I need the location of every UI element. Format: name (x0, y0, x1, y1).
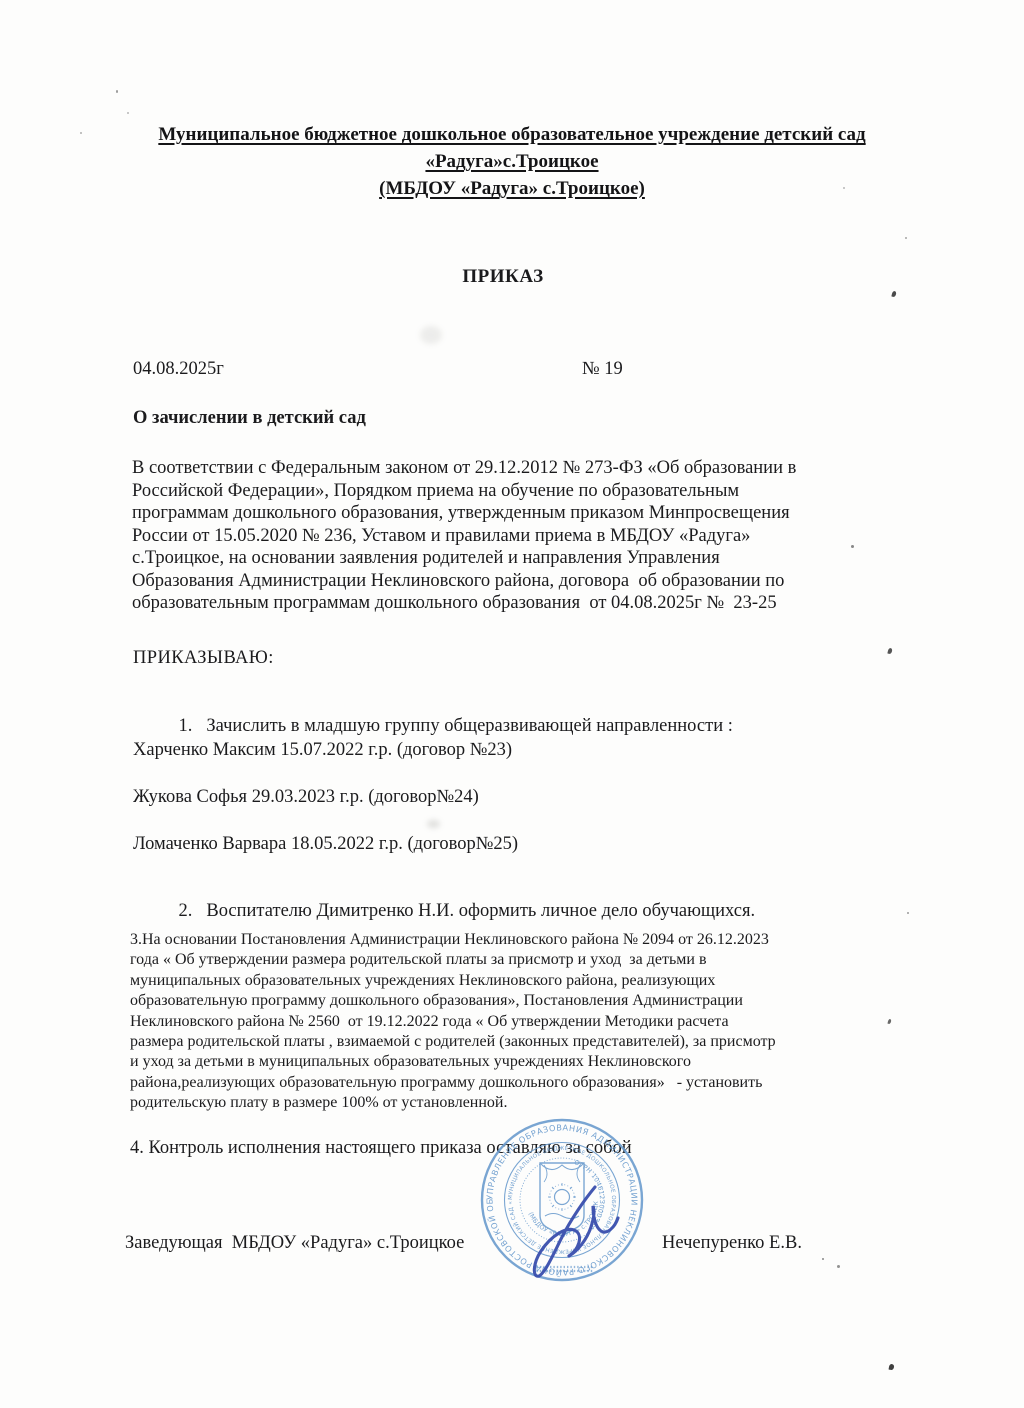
doc-number: № 19 (582, 359, 623, 380)
scan-speck (822, 1258, 824, 1260)
doc-title: ПРИКАЗ (0, 266, 1006, 288)
org-header-line1: Муниципальное бюджетное дошкольное образ… (0, 121, 1024, 148)
scan-speck (127, 112, 129, 114)
scan-speck (116, 90, 118, 93)
order-item-1-number: 1. (179, 716, 193, 737)
stamp-rings (482, 1120, 642, 1280)
scan-speck (889, 1364, 895, 1371)
order-item-1-text: Зачислить в младшую группу общеразвивающ… (206, 716, 732, 736)
preamble-line: программам дошкольного образования, утве… (132, 502, 892, 525)
scan-speck (80, 132, 82, 134)
org-header: Муниципальное бюджетное дошкольное образ… (0, 121, 1024, 202)
org-header-line2: «Радуга»с.Троицкое (0, 148, 1024, 175)
item3-line: родительскую плату в размере 100% от уст… (130, 1093, 900, 1113)
item3-line: района,реализующих образовательную прогр… (130, 1073, 900, 1093)
enrolled-child-row: Харченко Максим 15.07.2022 г.р. (договор… (133, 740, 512, 761)
item3-line: Неклиновского района № 2560 от 19.12.202… (130, 1012, 900, 1032)
doc-subject: О зачислении в детский сад (133, 408, 366, 429)
order-item-2-text: Воспитателю Димитренко Н.И. оформить лич… (206, 901, 755, 921)
preamble-line: России от 15.05.2020 № 236, Уставом и пр… (132, 525, 892, 548)
org-header-line3: (МБДОУ «Радуга» с.Троицкое) (0, 175, 1024, 202)
order-item-3: 3.На основании Постановления Администрац… (130, 930, 900, 1114)
item3-line: муниципальных образовательных учреждения… (130, 971, 900, 991)
item3-line: и уход за детьми в муниципальных образов… (130, 1052, 900, 1072)
preamble: В соответствии с Федеральным законом от … (132, 457, 892, 615)
signature-role: Заведующая МБДОУ «Радуга» с.Троицкое (125, 1233, 464, 1254)
doc-date: 04.08.2025г (133, 359, 224, 380)
scan-speck (907, 912, 909, 914)
preamble-line: Российской Федерации», Порядком приема н… (132, 480, 892, 503)
item3-line: года « Об утверждении размера родительск… (130, 950, 900, 970)
item3-line: размера родительской платы , взимаемой с… (130, 1032, 900, 1052)
scanned-order-page: Муниципальное бюджетное дошкольное образ… (0, 0, 1024, 1408)
date-number-row: 04.08.2025г № 19 (0, 359, 1024, 385)
stamp-svg: УПРАВЛЕНИЕ ОБРАЗОВАНИЯ АДМИНИСТРАЦИИ НЕК… (477, 1115, 647, 1285)
enrolled-child-row: Жукова Софья 29.03.2023 г.р. (договор№24… (133, 787, 479, 808)
enrolled-child-row: Ломаченко Варвара 18.05.2022 г.р. (догов… (133, 834, 518, 855)
stamp-shield-emblem (533, 1163, 593, 1271)
order-item-2-number: 2. (179, 901, 193, 922)
scan-speck (905, 237, 907, 239)
scan-speck (851, 545, 854, 548)
scan-speck (837, 1265, 840, 1268)
scan-smudge (427, 820, 440, 828)
official-stamp: УПРАВЛЕНИЕ ОБРАЗОВАНИЯ АДМИНИСТРАЦИИ НЕК… (477, 1115, 647, 1285)
preamble-line: с.Троицкое, на основании заявления родит… (132, 547, 892, 570)
preamble-line: Образования Администрации Неклиновского … (132, 570, 892, 593)
preamble-line: В соответствии с Федеральным законом от … (132, 457, 892, 480)
item3-line: образовательную программу дошкольного об… (130, 991, 900, 1011)
scan-speck (887, 648, 892, 655)
preamble-line: образовательным программам дошкольного о… (132, 592, 892, 615)
scan-smudge (420, 326, 442, 344)
scan-speck (843, 187, 845, 189)
scan-speck (891, 291, 896, 298)
decree-word: ПРИКАЗЫВАЮ: (133, 648, 274, 669)
item3-line: 3.На основании Постановления Администрац… (130, 930, 900, 950)
signature-name: Нечепуренко Е.В. (662, 1233, 802, 1254)
